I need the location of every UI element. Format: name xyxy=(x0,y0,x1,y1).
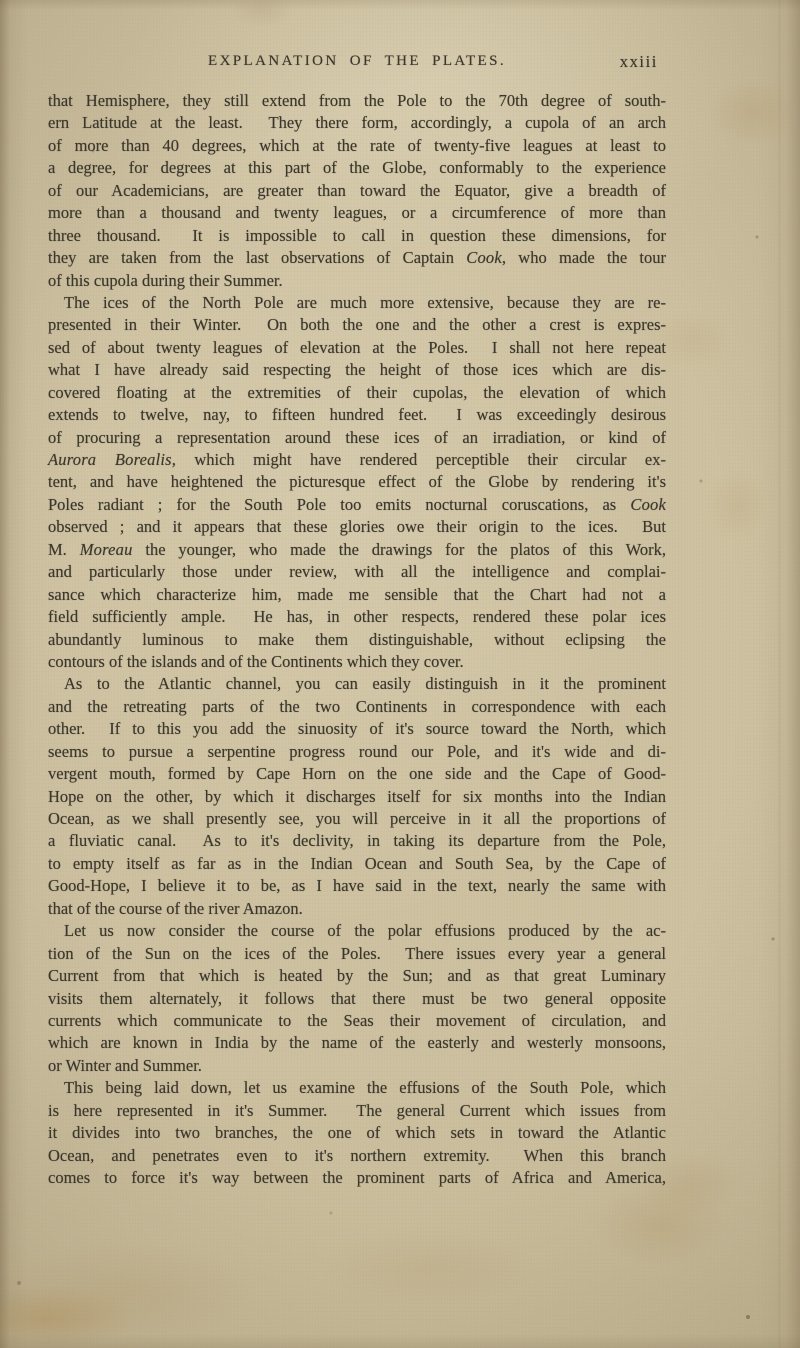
text-line: The ices of the North Pole are much more… xyxy=(48,292,666,314)
text-line: Hope on the other, by which it discharge… xyxy=(48,786,666,808)
text-line: to empty itself as far as in the Indian … xyxy=(48,853,666,875)
text-line: currents which communicate to the Seas t… xyxy=(48,1010,666,1032)
text-line: is here represented in it's Summer. The … xyxy=(48,1100,666,1122)
text-line: extends to twelve, nay, to fifteen hundr… xyxy=(48,404,666,426)
text-line: three thousand. It is impossible to call… xyxy=(48,225,666,247)
text-line: other. If to this you add the sinuosity … xyxy=(48,718,666,740)
paragraph: that Hemisphere, they still extend from … xyxy=(48,90,666,292)
text-line: of more than 40 degrees, which at the ra… xyxy=(48,135,666,157)
text-line: it divides into two branches, the one of… xyxy=(48,1122,666,1144)
text-line: that of the course of the river Amazon. xyxy=(48,898,666,920)
text-line: sance which characterize him, made me se… xyxy=(48,584,666,606)
text-line: a degree, for degrees at this part of th… xyxy=(48,157,666,179)
text-line: tent, and have heightened the picturesqu… xyxy=(48,471,666,493)
paper-specks xyxy=(0,0,2,2)
text-line: observed ; and it appears that these glo… xyxy=(48,516,666,538)
text-line: more than a thousand and twenty leagues,… xyxy=(48,202,666,224)
page-crease xyxy=(778,0,781,1348)
text-line: they are taken from the last observation… xyxy=(48,247,666,269)
text-line: visits them alternately, it follows that… xyxy=(48,988,666,1010)
text-line: a fluviatic canal. As to it's declivity,… xyxy=(48,830,666,852)
text-line: field sufficiently ample. He has, in oth… xyxy=(48,606,666,628)
text-line: M. Moreau the younger, who made the draw… xyxy=(48,539,666,561)
text-line: contours of the islands and of the Conti… xyxy=(48,651,666,673)
text-line: or Winter and Summer. xyxy=(48,1055,666,1077)
text-line: and the retreating parts of the two Cont… xyxy=(48,696,666,718)
paragraph: This being laid down, let us examine the… xyxy=(48,1077,666,1189)
text-line: of this cupola during their Summer. xyxy=(48,270,666,292)
text-line: comes to force it's way between the prom… xyxy=(48,1167,666,1189)
text-line: and particularly those under review, wit… xyxy=(48,561,666,583)
running-header: EXPLANATION OF THE PLATES. xxiii xyxy=(48,52,666,72)
text-line: what I have already said respecting the … xyxy=(48,359,666,381)
text-line: seems to pursue a serpentine progress ro… xyxy=(48,741,666,763)
text-line: Ocean, as we shall presently see, you wi… xyxy=(48,808,666,830)
text-line: As to the Atlantic channel, you can easi… xyxy=(48,673,666,695)
paragraph: Let us now consider the course of the po… xyxy=(48,920,666,1077)
text-line: vergent mouth, formed by Cape Horn on th… xyxy=(48,763,666,785)
text-line: This being laid down, let us examine the… xyxy=(48,1077,666,1099)
text-line: covered floating at the extremities of t… xyxy=(48,382,666,404)
page-number: xxiii xyxy=(620,52,658,72)
paragraph: The ices of the North Pole are much more… xyxy=(48,292,666,673)
text-line: that Hemisphere, they still extend from … xyxy=(48,90,666,112)
running-header-title: EXPLANATION OF THE PLATES. xyxy=(208,53,506,69)
text-line: abundantly luminous to make them disting… xyxy=(48,629,666,651)
text-line: Ocean, and penetrates even to it's north… xyxy=(48,1145,666,1167)
text-line: of procuring a representation around the… xyxy=(48,427,666,449)
text-line: ern Latitude at the least. They there fo… xyxy=(48,112,666,134)
body-text-block: that Hemisphere, they still extend from … xyxy=(48,90,666,1189)
text-line: tion of the Sun on the ices of the Poles… xyxy=(48,943,666,965)
text-line: sed of about twenty leagues of elevation… xyxy=(48,337,666,359)
scanned-book-page: EXPLANATION OF THE PLATES. xxiii that He… xyxy=(0,0,800,1348)
text-line: Good-Hope, I believe it to be, as I have… xyxy=(48,875,666,897)
text-line: Aurora Borealis, which might have render… xyxy=(48,449,666,471)
text-line: which are known in India by the name of … xyxy=(48,1032,666,1054)
text-line: Current from that which is heated by the… xyxy=(48,965,666,987)
text-line: presented in their Winter. On both the o… xyxy=(48,314,666,336)
paragraph: As to the Atlantic channel, you can easi… xyxy=(48,673,666,920)
text-line: Poles radiant ; for the South Pole too e… xyxy=(48,494,666,516)
text-line: of our Academicians, are greater than to… xyxy=(48,180,666,202)
text-line: Let us now consider the course of the po… xyxy=(48,920,666,942)
